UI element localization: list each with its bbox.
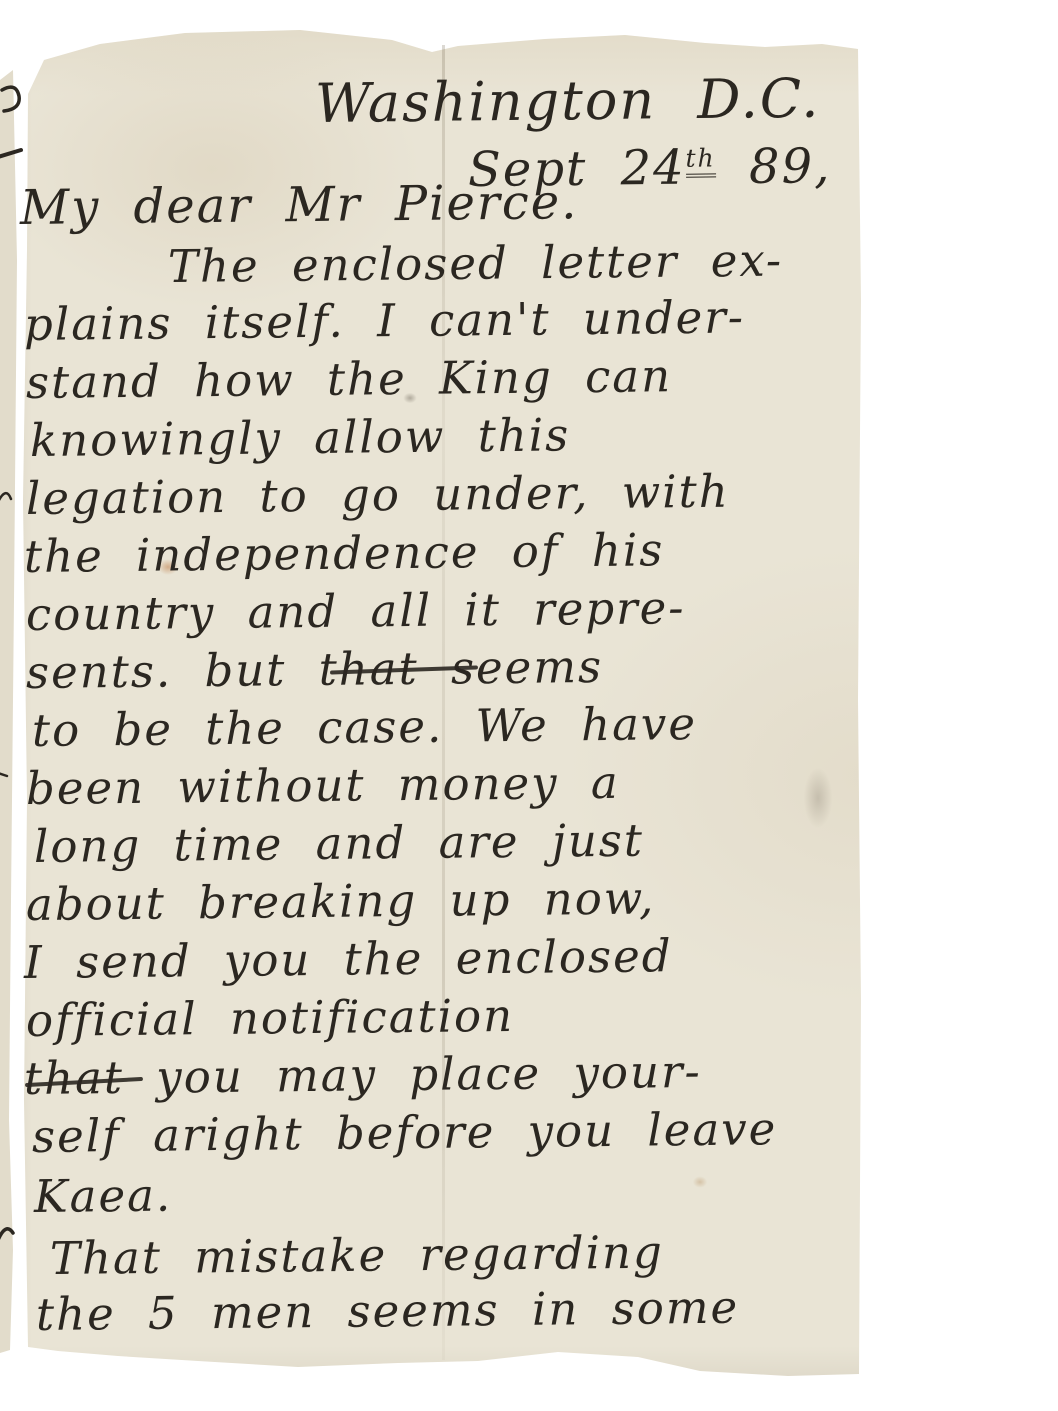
handwritten-line: I send you the enclosed (24, 929, 673, 989)
letter-place-line: Washington D.C. (315, 67, 821, 135)
handwritten-line: to be the case. We have (32, 697, 697, 757)
letter-salutation: My dear Mr Pierce. (20, 174, 579, 236)
handwritten-line: The enclosed letter ex- (168, 234, 784, 293)
handwritten-line: the independence of his (24, 523, 665, 583)
handwritten-line: That mistake regarding (50, 1226, 664, 1285)
handwritten-line: self aright before you leave (32, 1102, 778, 1163)
handwritten-line: that you may place your- (24, 1045, 702, 1105)
handwritten-line: Kaea. (34, 1169, 173, 1223)
handwritten-line: plains itself. I can't under- (24, 290, 746, 351)
handwritten-line: the 5 men seems in some (36, 1281, 740, 1341)
handwritten-line: long time and are just (34, 814, 644, 873)
photographed-letter-scene: Washington D.C. Sept 24th 89, My dear Mr… (0, 0, 1058, 1411)
handwritten-line: been without money a (26, 756, 620, 815)
handwritten-line: knowingly allow this (30, 408, 571, 467)
handwritten-line: about breaking up now, (26, 871, 656, 931)
handwritten-line: stand how the King can (26, 349, 673, 409)
date-year: 89, (715, 138, 831, 195)
handwritten-line: official notification (26, 989, 515, 1047)
handwritten-line: legation to go under, with (26, 465, 730, 525)
date-ordinal-suffix: th (685, 143, 715, 177)
handwritten-line: sents. but that seems (26, 640, 604, 699)
handwritten-line: country and all it repre- (26, 581, 686, 641)
